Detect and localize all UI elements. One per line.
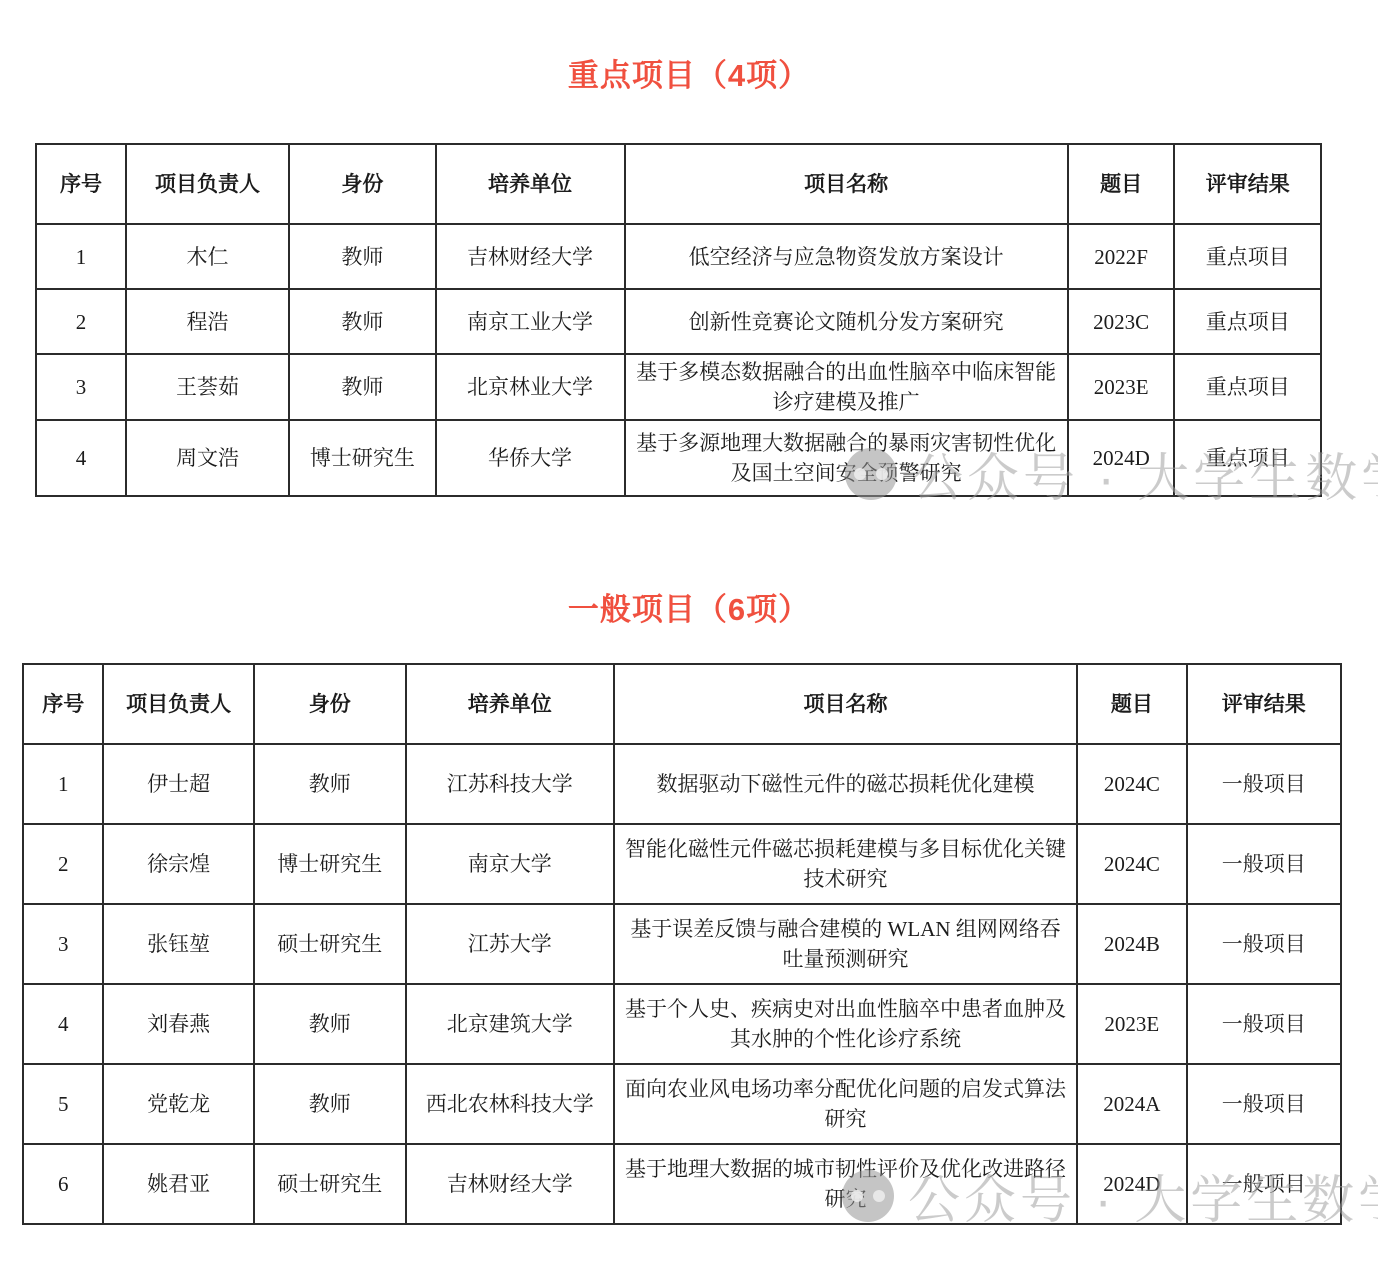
table-row: 4刘春燕教师北京建筑大学基于个人史、疾病史对出血性脑卒中患者血肿及其水肿的个性化… [23, 984, 1341, 1064]
column-header: 评审结果 [1187, 664, 1341, 744]
table-cell: 北京林业大学 [436, 354, 625, 420]
table-cell: 基于个人史、疾病史对出血性脑卒中患者血肿及其水肿的个性化诊疗系统 [614, 984, 1077, 1064]
general-projects-table: 序号项目负责人身份培养单位项目名称题目评审结果1伊士超教师江苏科技大学数据驱动下… [22, 663, 1342, 1225]
table-cell: 基于多模态数据融合的出血性脑卒中临床智能诊疗建模及推广 [625, 354, 1068, 420]
table-cell: 基于多源地理大数据融合的暴雨灾害韧性优化及国土空间安全预警研究 [625, 420, 1068, 496]
table-cell: 6 [23, 1144, 103, 1224]
key-projects-title: 重点项目（4项） [0, 50, 1378, 95]
column-header: 序号 [36, 144, 126, 224]
table-cell: 3 [36, 354, 126, 420]
table-cell: 1 [23, 744, 103, 824]
column-header: 培养单位 [436, 144, 625, 224]
table-cell: 重点项目 [1174, 420, 1321, 496]
table-cell: 北京建筑大学 [406, 984, 614, 1064]
table-cell: 教师 [254, 744, 406, 824]
table-cell: 一般项目 [1187, 744, 1341, 824]
table-cell: 教师 [254, 984, 406, 1064]
table-cell: 2024D [1077, 1144, 1187, 1224]
table-cell: 2022F [1068, 224, 1175, 289]
table-cell: 教师 [289, 289, 435, 354]
table-row: 3王荟茹教师北京林业大学基于多模态数据融合的出血性脑卒中临床智能诊疗建模及推广2… [36, 354, 1321, 420]
table-cell: 博士研究生 [254, 824, 406, 904]
table-cell: 教师 [289, 354, 435, 420]
table-cell: 2024C [1077, 824, 1187, 904]
table-cell: 2024C [1077, 744, 1187, 824]
table-row: 5党乾龙教师西北农林科技大学面向农业风电场功率分配优化问题的启发式算法研究202… [23, 1064, 1341, 1144]
table-cell: 伊士超 [103, 744, 253, 824]
table-cell: 西北农林科技大学 [406, 1064, 614, 1144]
table-cell: 周文浩 [126, 420, 289, 496]
table-cell: 1 [36, 224, 126, 289]
table-cell: 4 [23, 984, 103, 1064]
table-cell: 2023E [1077, 984, 1187, 1064]
table-cell: 2 [36, 289, 126, 354]
table-cell: 华侨大学 [436, 420, 625, 496]
table-cell: 2024A [1077, 1064, 1187, 1144]
table-cell: 硕士研究生 [254, 904, 406, 984]
table-cell: 王荟茹 [126, 354, 289, 420]
table-cell: 南京工业大学 [436, 289, 625, 354]
header-row: 序号项目负责人身份培养单位项目名称题目评审结果 [36, 144, 1321, 224]
table-row: 3张钰堃硕士研究生江苏大学基于误差反馈与融合建模的 WLAN 组网网络吞吐量预测… [23, 904, 1341, 984]
table-cell: 3 [23, 904, 103, 984]
table-cell: 基于误差反馈与融合建模的 WLAN 组网网络吞吐量预测研究 [614, 904, 1077, 984]
table-cell: 刘春燕 [103, 984, 253, 1064]
column-header: 项目负责人 [126, 144, 289, 224]
table-cell: 程浩 [126, 289, 289, 354]
table-cell: 吉林财经大学 [436, 224, 625, 289]
table-cell: 教师 [289, 224, 435, 289]
table-cell: 硕士研究生 [254, 1144, 406, 1224]
document-page: 重点项目（4项） 序号项目负责人身份培养单位项目名称题目评审结果1木仁教师吉林财… [0, 0, 1378, 1268]
table-cell: 2024D [1068, 420, 1175, 496]
table-cell: 基于地理大数据的城市韧性评价及优化改进路径研究 [614, 1144, 1077, 1224]
table-row: 1木仁教师吉林财经大学低空经济与应急物资发放方案设计2022F重点项目 [36, 224, 1321, 289]
table-cell: 数据驱动下磁性元件的磁芯损耗优化建模 [614, 744, 1077, 824]
table-cell: 张钰堃 [103, 904, 253, 984]
table-cell: 创新性竞赛论文随机分发方案研究 [625, 289, 1068, 354]
table-cell: 一般项目 [1187, 824, 1341, 904]
table-cell: 木仁 [126, 224, 289, 289]
general-projects-title: 一般项目（6项） [0, 584, 1378, 629]
table-row: 4周文浩博士研究生华侨大学基于多源地理大数据融合的暴雨灾害韧性优化及国土空间安全… [36, 420, 1321, 496]
column-header: 序号 [23, 664, 103, 744]
table-cell: 南京大学 [406, 824, 614, 904]
table-row: 2徐宗煌博士研究生南京大学智能化磁性元件磁芯损耗建模与多目标优化关键技术研究20… [23, 824, 1341, 904]
column-header: 项目名称 [614, 664, 1077, 744]
table-cell: 低空经济与应急物资发放方案设计 [625, 224, 1068, 289]
table-cell: 江苏科技大学 [406, 744, 614, 824]
header-row: 序号项目负责人身份培养单位项目名称题目评审结果 [23, 664, 1341, 744]
column-header: 项目负责人 [103, 664, 253, 744]
table-cell: 重点项目 [1174, 289, 1321, 354]
column-header: 项目名称 [625, 144, 1068, 224]
table-cell: 一般项目 [1187, 984, 1341, 1064]
column-header: 身份 [289, 144, 435, 224]
table-cell: 党乾龙 [103, 1064, 253, 1144]
table-row: 6姚君亚硕士研究生吉林财经大学基于地理大数据的城市韧性评价及优化改进路径研究20… [23, 1144, 1341, 1224]
column-header: 题目 [1068, 144, 1175, 224]
table-cell: 面向农业风电场功率分配优化问题的启发式算法研究 [614, 1064, 1077, 1144]
table-cell: 2024B [1077, 904, 1187, 984]
table-cell: 博士研究生 [289, 420, 435, 496]
table-cell: 重点项目 [1174, 224, 1321, 289]
table-row: 1伊士超教师江苏科技大学数据驱动下磁性元件的磁芯损耗优化建模2024C一般项目 [23, 744, 1341, 824]
table-cell: 姚君亚 [103, 1144, 253, 1224]
column-header: 培养单位 [406, 664, 614, 744]
table-cell: 一般项目 [1187, 1144, 1341, 1224]
table-row: 2程浩教师南京工业大学创新性竞赛论文随机分发方案研究2023C重点项目 [36, 289, 1321, 354]
table-cell: 5 [23, 1064, 103, 1144]
table-cell: 教师 [254, 1064, 406, 1144]
table-cell: 重点项目 [1174, 354, 1321, 420]
column-header: 评审结果 [1174, 144, 1321, 224]
table-cell: 4 [36, 420, 126, 496]
table-cell: 吉林财经大学 [406, 1144, 614, 1224]
column-header: 题目 [1077, 664, 1187, 744]
table-cell: 一般项目 [1187, 904, 1341, 984]
table-cell: 徐宗煌 [103, 824, 253, 904]
key-projects-table: 序号项目负责人身份培养单位项目名称题目评审结果1木仁教师吉林财经大学低空经济与应… [35, 143, 1322, 497]
table-cell: 江苏大学 [406, 904, 614, 984]
table-cell: 一般项目 [1187, 1064, 1341, 1144]
table-cell: 2 [23, 824, 103, 904]
column-header: 身份 [254, 664, 406, 744]
table-cell: 智能化磁性元件磁芯损耗建模与多目标优化关键技术研究 [614, 824, 1077, 904]
table-cell: 2023E [1068, 354, 1175, 420]
table-cell: 2023C [1068, 289, 1175, 354]
